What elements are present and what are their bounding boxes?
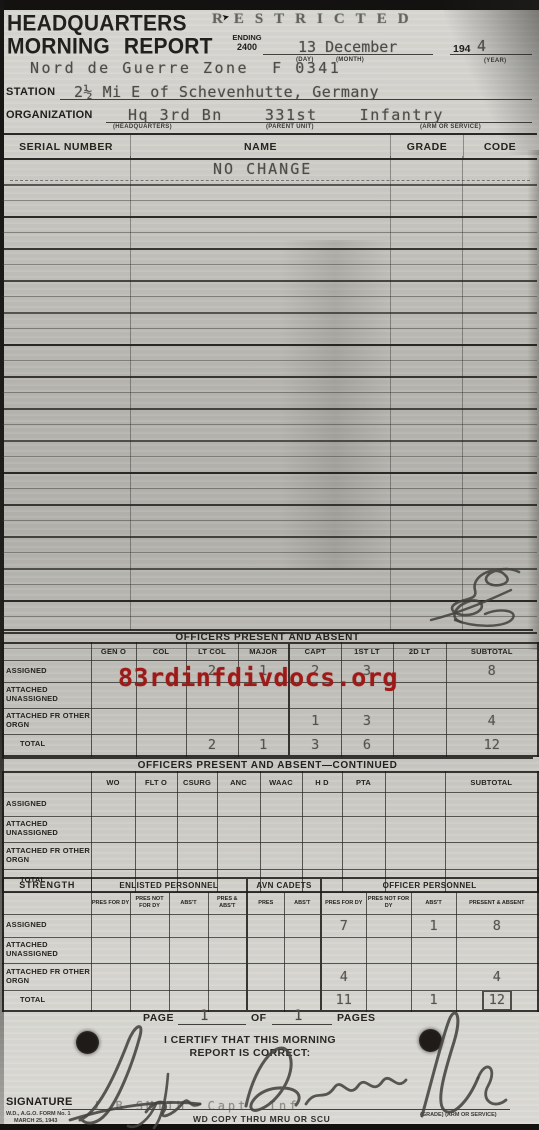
ruled-line [2,552,537,553]
value-cell [411,963,456,990]
organization-label: ORGANIZATION [6,109,93,121]
roster-header: SERIAL NUMBER NAME GRADE CODE [2,133,537,160]
value-cell [445,816,538,842]
value-cell [342,842,385,869]
ruled-line [2,424,537,425]
column-header: PRES FOR DY [321,892,366,914]
column-header: PRES FOR DY [91,892,130,914]
row-label: ASSIGNED [3,914,91,937]
officers-continued-table: WOFLT OCSURGANCWAACH DPTASUBTOTALASSIGNE… [2,771,539,893]
ruled-line [2,200,537,201]
roster-blank-row [2,344,537,376]
value-cell [91,792,135,816]
date-value: 13 December [298,38,397,56]
roster-blank-row [2,376,537,408]
column-header: H D [302,772,342,792]
signature-scrawl [50,1008,510,1128]
ruled-line [2,520,537,521]
value-cell [385,842,445,869]
row-label: ATTACHED UNASSIGNED [3,682,91,708]
ruled-line [10,180,530,181]
row-label: ASSIGNED [3,792,91,816]
arm-service-sublabel: (ARM OR SERVICE) [420,124,481,130]
table-row: ATTACHED FR OTHER ORGN134 [3,708,538,734]
value-cell [385,792,445,816]
value-cell [130,963,169,990]
table-row: ATTACHED UNASSIGNED [3,937,538,963]
column-header-serial: SERIAL NUMBER [2,141,130,153]
value-cell [177,792,217,816]
column-divider [130,156,131,630]
form-title-line2: MORNING REPORT [7,35,213,60]
sub-header-row: PRES FOR DYPRES NOT FOR DYABS'TPRES & AB… [3,892,538,914]
ruled-line [2,456,537,457]
value-cell: 3 [341,708,393,734]
value-cell [284,937,321,963]
column-header: FLT O [135,772,177,792]
value-cell [169,937,208,963]
ruled-line [2,488,537,489]
value-cell: 1 [411,914,456,937]
value-cell [393,708,446,734]
roster-blank-row [2,248,537,280]
year-typed: 4 [477,37,486,55]
column-header: LT COL [186,643,238,660]
value-cell: 1 [238,734,289,756]
value-cell [177,816,217,842]
value-cell [169,963,208,990]
header-row: WOFLT OCSURGANCWAACH DPTASUBTOTAL [3,772,538,792]
column-header-grade: GRADE [391,141,463,153]
value-cell: 1 [289,708,341,734]
ending-time: 2400 [228,42,266,53]
value-cell [342,792,385,816]
officers-table-title: OFFICERS PRESENT AND ABSENT [2,629,533,643]
value-cell [217,816,260,842]
value-cell [445,842,538,869]
officers-continued-title: OFFICERS PRESENT AND ABSENT—CONTINUED [2,757,533,771]
value-cell [456,937,538,963]
value-cell [342,816,385,842]
value-cell [169,914,208,937]
value-cell [208,937,247,963]
column-header: PTA [342,772,385,792]
table-row: TOTAL213612 [3,734,538,756]
column-header: 2D LT [393,643,446,660]
value-cell [446,682,538,708]
officers-continued-mount: WOFLT OCSURGANCWAACH DPTASUBTOTALASSIGNE… [2,771,539,893]
ruled-line [2,328,537,329]
value-cell [208,963,247,990]
value-cell: 4 [456,963,538,990]
row-label: ATTACHED FR OTHER ORGN [3,963,91,990]
column-header: MAJOR [238,643,289,660]
strength-label: STRENGTH [3,878,91,892]
group-header: AVN CADETS [247,878,321,892]
header-spacer-cell [3,772,91,792]
strength-table: STRENGTHENLISTED PERSONNELAVN CADETSOFFI… [2,877,539,1012]
roster-blank-row [2,184,537,216]
column-divider [390,156,391,630]
value-cell [247,937,284,963]
row-label: ATTACHED UNASSIGNED [3,816,91,842]
value-cell [247,914,284,937]
column-header: PRES & ABS'T [208,892,247,914]
value-cell [135,842,177,869]
ruled-line [2,264,537,265]
column-header: 1ST LT [341,643,393,660]
ruled-line [2,296,537,297]
value-cell: 6 [341,734,393,756]
officers-table-mount: GEN OCOLLT COLMAJORCAPT1ST LT2D LTSUBTOT… [2,642,539,757]
table-row: ATTACHED FR OTHER ORGN44 [3,963,538,990]
morning-report-document: HEADQUARTERS MORNING REPORT RESTRICTED ➤… [0,0,539,1130]
value-cell [393,660,446,682]
group-header-row: STRENGTHENLISTED PERSONNELAVN CADETSOFFI… [3,878,538,892]
column-header: CSURG [177,772,217,792]
value-cell [411,937,456,963]
value-cell [130,914,169,937]
column-header: GEN O [91,643,136,660]
value-cell [91,937,130,963]
group-header: OFFICER PERSONNEL [321,878,538,892]
row-label: ASSIGNED [3,660,91,682]
header-row: GEN OCOLLT COLMAJORCAPT1ST LT2D LTSUBTOT… [3,643,538,660]
headquarters-sublabel: (HEADQUARTERS) [113,124,172,130]
roster-entry: NO CHANGE [213,160,312,178]
value-cell [247,963,284,990]
table-row: ASSIGNED718 [3,914,538,937]
watermark: 83rdinfdivdocs.org [118,663,398,692]
value-cell [91,914,130,937]
coordinates-value: Nord de Guerre Zone F 0341 [30,59,341,77]
officers-table: GEN OCOLLT COLMAJORCAPT1ST LT2D LTSUBTOT… [2,642,539,757]
value-cell [302,816,342,842]
column-header: CAPT [289,643,341,660]
row-label: ATTACHED UNASSIGNED [3,937,91,963]
roster-blank-row [2,312,537,344]
strength-table-mount: STRENGTHENLISTED PERSONNELAVN CADETSOFFI… [2,877,539,1012]
row-label: ATTACHED FR OTHER ORGN [3,842,91,869]
value-cell [238,708,289,734]
column-header: ABS'T [284,892,321,914]
value-cell [91,708,136,734]
value-cell: 12 [446,734,538,756]
column-header: ABS'T [411,892,456,914]
column-header: PRES NOT FOR DY [366,892,411,914]
value-cell [284,963,321,990]
station-label: STATION [6,86,55,98]
form-title-line1: HEADQUARTERS [7,12,187,37]
table-row: ATTACHED UNASSIGNED [3,816,538,842]
table-row: ATTACHED FR OTHER ORGN [3,842,538,869]
value-cell [385,816,445,842]
column-header: COL [136,643,186,660]
value-cell [217,792,260,816]
value-cell [135,816,177,842]
value-cell [177,842,217,869]
value-cell: 3 [289,734,341,756]
value-cell: 2 [186,734,238,756]
value-cell [260,792,302,816]
value-cell [366,937,411,963]
header-spacer-cell [3,643,91,660]
pen-squiggle [415,558,539,630]
value-cell [136,734,186,756]
year-label: (YEAR) [484,58,506,64]
ending-word: ENDING [228,33,266,42]
value-cell [302,842,342,869]
pen-mark-icon: ➤ [221,11,231,23]
value-cell: 4 [446,708,538,734]
ruled-line [2,360,537,361]
roster-blank-row [2,216,537,248]
value-cell: 8 [456,914,538,937]
value-cell [302,792,342,816]
value-cell [284,914,321,937]
value-cell [366,914,411,937]
value-cell [260,842,302,869]
column-header: PRESENT & ABSENT [456,892,538,914]
organization-value: Hq 3rd Bn 331st Infantry [128,106,444,124]
value-cell [136,708,186,734]
shading-overlay [444,0,539,155]
value-cell [186,708,238,734]
value-cell [208,914,247,937]
group-header: ENLISTED PERSONNEL [91,878,247,892]
value-cell: 4 [321,963,366,990]
value-cell [393,734,446,756]
column-header: ABS'T [169,892,208,914]
value-cell: 7 [321,914,366,937]
column-header: SUBTOTAL [445,772,538,792]
column-header: ANC [217,772,260,792]
value-cell [91,963,130,990]
column-header: PRES [247,892,284,914]
station-value: 2½ Mi E of Schevenhutte, Germany [74,83,379,101]
table-row: ASSIGNED [3,792,538,816]
column-header: SUBTOTAL [446,643,538,660]
column-header: PRES NOT FOR DY [130,892,169,914]
parent-unit-sublabel: (PARENT UNIT) [266,124,314,130]
value-cell [135,792,177,816]
value-cell [321,937,366,963]
year-line [450,38,532,55]
header-spacer-cell [3,892,91,914]
column-header-name: NAME [131,141,390,153]
row-label: TOTAL [3,734,91,756]
value-cell: 8 [446,660,538,682]
value-cell [260,816,302,842]
value-cell [445,792,538,816]
roster-blank-row [2,280,537,312]
restricted-stamp: RESTRICTED [212,11,420,28]
column-header: WO [91,772,135,792]
ruled-line [2,232,537,233]
column-header-code: CODE [464,141,536,153]
roster-blank-row [2,408,537,440]
row-label: ATTACHED FR OTHER ORGN [3,708,91,734]
value-cell [91,842,135,869]
value-cell [217,842,260,869]
column-header [385,772,445,792]
value-cell [393,682,446,708]
value-cell [130,937,169,963]
value-cell [91,734,136,756]
column-header: WAAC [260,772,302,792]
roster-blank-row [2,472,537,504]
value-cell [91,816,135,842]
ruled-line [2,392,537,393]
roster-blank-row [2,440,537,472]
roster-blank-row [2,504,537,536]
value-cell [366,963,411,990]
ending-label: ENDING 2400 [228,33,266,53]
